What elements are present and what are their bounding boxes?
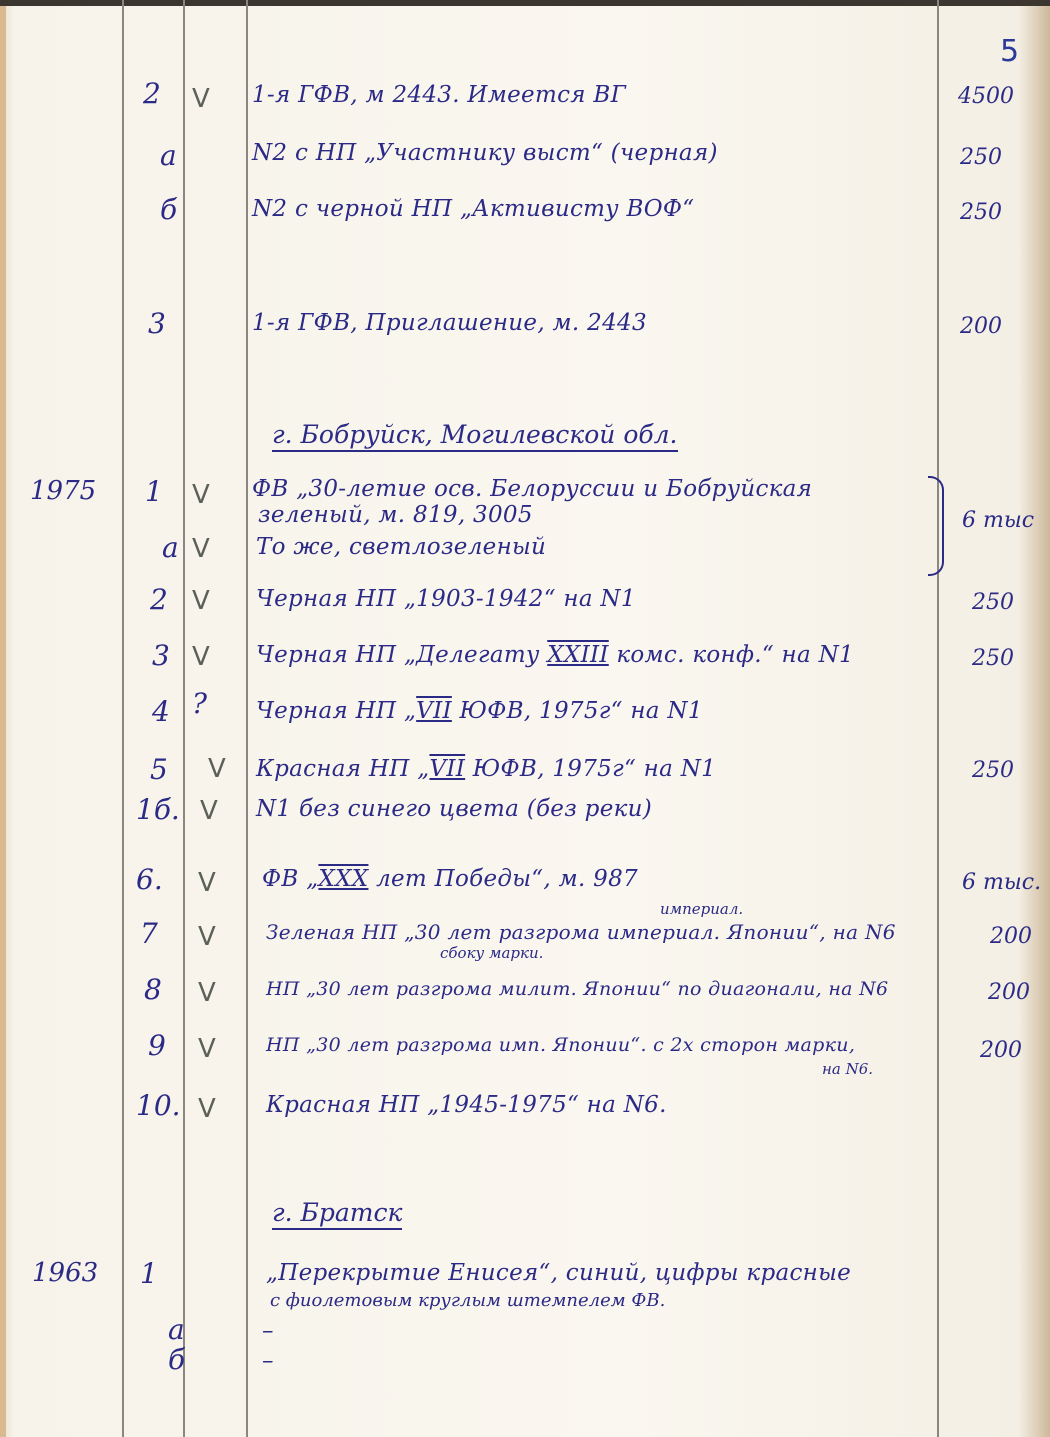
entry-note: сбоку марки. <box>440 946 543 961</box>
check-mark: V <box>198 980 216 1006</box>
entry-number: 2 <box>150 586 168 614</box>
entry-price: 250 <box>972 592 1014 614</box>
entry-price: 200 <box>988 982 1030 1004</box>
entry-description: ФВ „30-летие осв. Белоруссии и Бобруйска… <box>252 478 812 501</box>
check-mark: V <box>192 588 210 614</box>
notebook-page: 5 2 V 1-я ГФВ, м 2443. Имеется ВГ 4500 а… <box>0 0 1050 1437</box>
entry-price: 250 <box>972 648 1014 670</box>
entry-description-line2: зеленый, м. 819, 3005 <box>258 504 533 527</box>
entry-number: а <box>160 142 177 170</box>
entry-number: 3 <box>152 642 170 670</box>
entry-price: 200 <box>980 1040 1022 1062</box>
insertion-note: империал. <box>660 902 743 917</box>
entry-number: 6. <box>136 866 163 894</box>
entry-price: 250 <box>972 760 1014 782</box>
entry-description: ФВ „XXX лет Победы“, м. 987 <box>262 868 638 891</box>
page-top-edge <box>0 0 1050 6</box>
check-mark: V <box>198 1096 216 1122</box>
question-mark: ? <box>192 690 207 718</box>
section-heading: г. Бобруйск, Могилевской обл. <box>272 422 678 452</box>
entry-number: 9 <box>148 1032 166 1060</box>
roman-numeral: VII <box>416 698 452 724</box>
entry-description: – <box>262 1350 274 1373</box>
entry-description: „Перекрытие Енисея“, синий, цифры красны… <box>266 1262 851 1285</box>
entry-number: 7 <box>140 920 158 948</box>
entry-price: 6 тыс. <box>962 872 1041 894</box>
entry-number: 3 <box>148 310 166 338</box>
entry-description: 1-я ГФВ, м 2443. Имеется ВГ <box>252 84 626 107</box>
roman-numeral: VII <box>429 756 465 782</box>
entry-description: НП „30 лет разгрома милит. Японии“ по ди… <box>266 980 888 999</box>
group-bracket <box>928 476 944 576</box>
page-number: 5 <box>1000 34 1019 69</box>
entry-description: НП „30 лет разгрома имп. Японии“. с 2х с… <box>266 1036 855 1055</box>
entry-number: 2 <box>143 80 161 108</box>
entry-price: 250 <box>960 147 1002 169</box>
check-mark: V <box>200 798 218 824</box>
entry-number: а <box>168 1316 185 1344</box>
entry-number: б <box>160 196 177 224</box>
check-mark: V <box>198 924 216 950</box>
entry-description: – <box>262 1320 274 1343</box>
entry-description: То же, светлозеленый <box>256 536 546 559</box>
check-mark: V <box>192 86 210 112</box>
entry-price: 200 <box>990 926 1032 948</box>
entry-description: N2 с НП „Участнику выст“ (черная) <box>252 142 718 165</box>
entry-year: 1975 <box>30 478 96 504</box>
entry-description: Черная НП „1903-1942“ на N1 <box>256 588 636 611</box>
column-divider-price <box>937 0 939 1437</box>
check-mark: V <box>198 1036 216 1062</box>
entry-number: 1 <box>140 1260 158 1288</box>
column-divider-year <box>122 0 124 1437</box>
check-mark: V <box>208 756 226 782</box>
check-mark: V <box>192 482 210 508</box>
entry-description: Черная НП „VII ЮФВ, 1975г“ на N1 <box>256 700 703 723</box>
entry-description: N1 без синего цвета (без реки) <box>256 798 652 821</box>
group-price: 6 тыс <box>962 510 1034 532</box>
column-divider-number <box>183 0 185 1437</box>
check-mark: V <box>192 644 210 670</box>
entry-description: 1-я ГФВ, Приглашение, м. 2443 <box>252 312 647 335</box>
entry-price: 4500 <box>958 86 1014 108</box>
entry-number: 10. <box>136 1092 181 1120</box>
entry-number: 1 <box>145 478 163 506</box>
entry-number: 4 <box>152 698 170 726</box>
entry-description: Зеленая НП „30 лет разгрома империал. Яп… <box>266 922 896 942</box>
column-divider-check <box>246 0 248 1437</box>
entry-description: Черная НП „Делегату XXIII комс. конф.“ н… <box>256 644 854 667</box>
entry-description-line2: с фиолетовым круглым штемпелем ФВ. <box>270 1292 665 1310</box>
entry-number: а <box>162 534 179 562</box>
roman-numeral: XXIII <box>547 642 609 668</box>
entry-number: 1б. <box>136 796 180 824</box>
entry-number: 5 <box>150 756 168 784</box>
entry-number: 8 <box>144 976 162 1004</box>
entry-number: б <box>168 1346 185 1374</box>
entry-note: на N6. <box>822 1062 873 1077</box>
entry-price: 250 <box>960 202 1002 224</box>
entry-price: 200 <box>960 316 1002 338</box>
check-mark: V <box>198 870 216 896</box>
entry-description: Красная НП „1945-1975“ на N6. <box>266 1094 667 1117</box>
entry-description: N2 с черной НП „Активисту ВОФ“ <box>252 198 694 221</box>
entry-year: 1963 <box>32 1260 98 1286</box>
section-heading: г. Братск <box>272 1200 402 1230</box>
roman-numeral: XXX <box>318 866 368 892</box>
check-mark: V <box>192 536 210 562</box>
entry-description: Красная НП „VII ЮФВ, 1975г“ на N1 <box>256 758 716 781</box>
